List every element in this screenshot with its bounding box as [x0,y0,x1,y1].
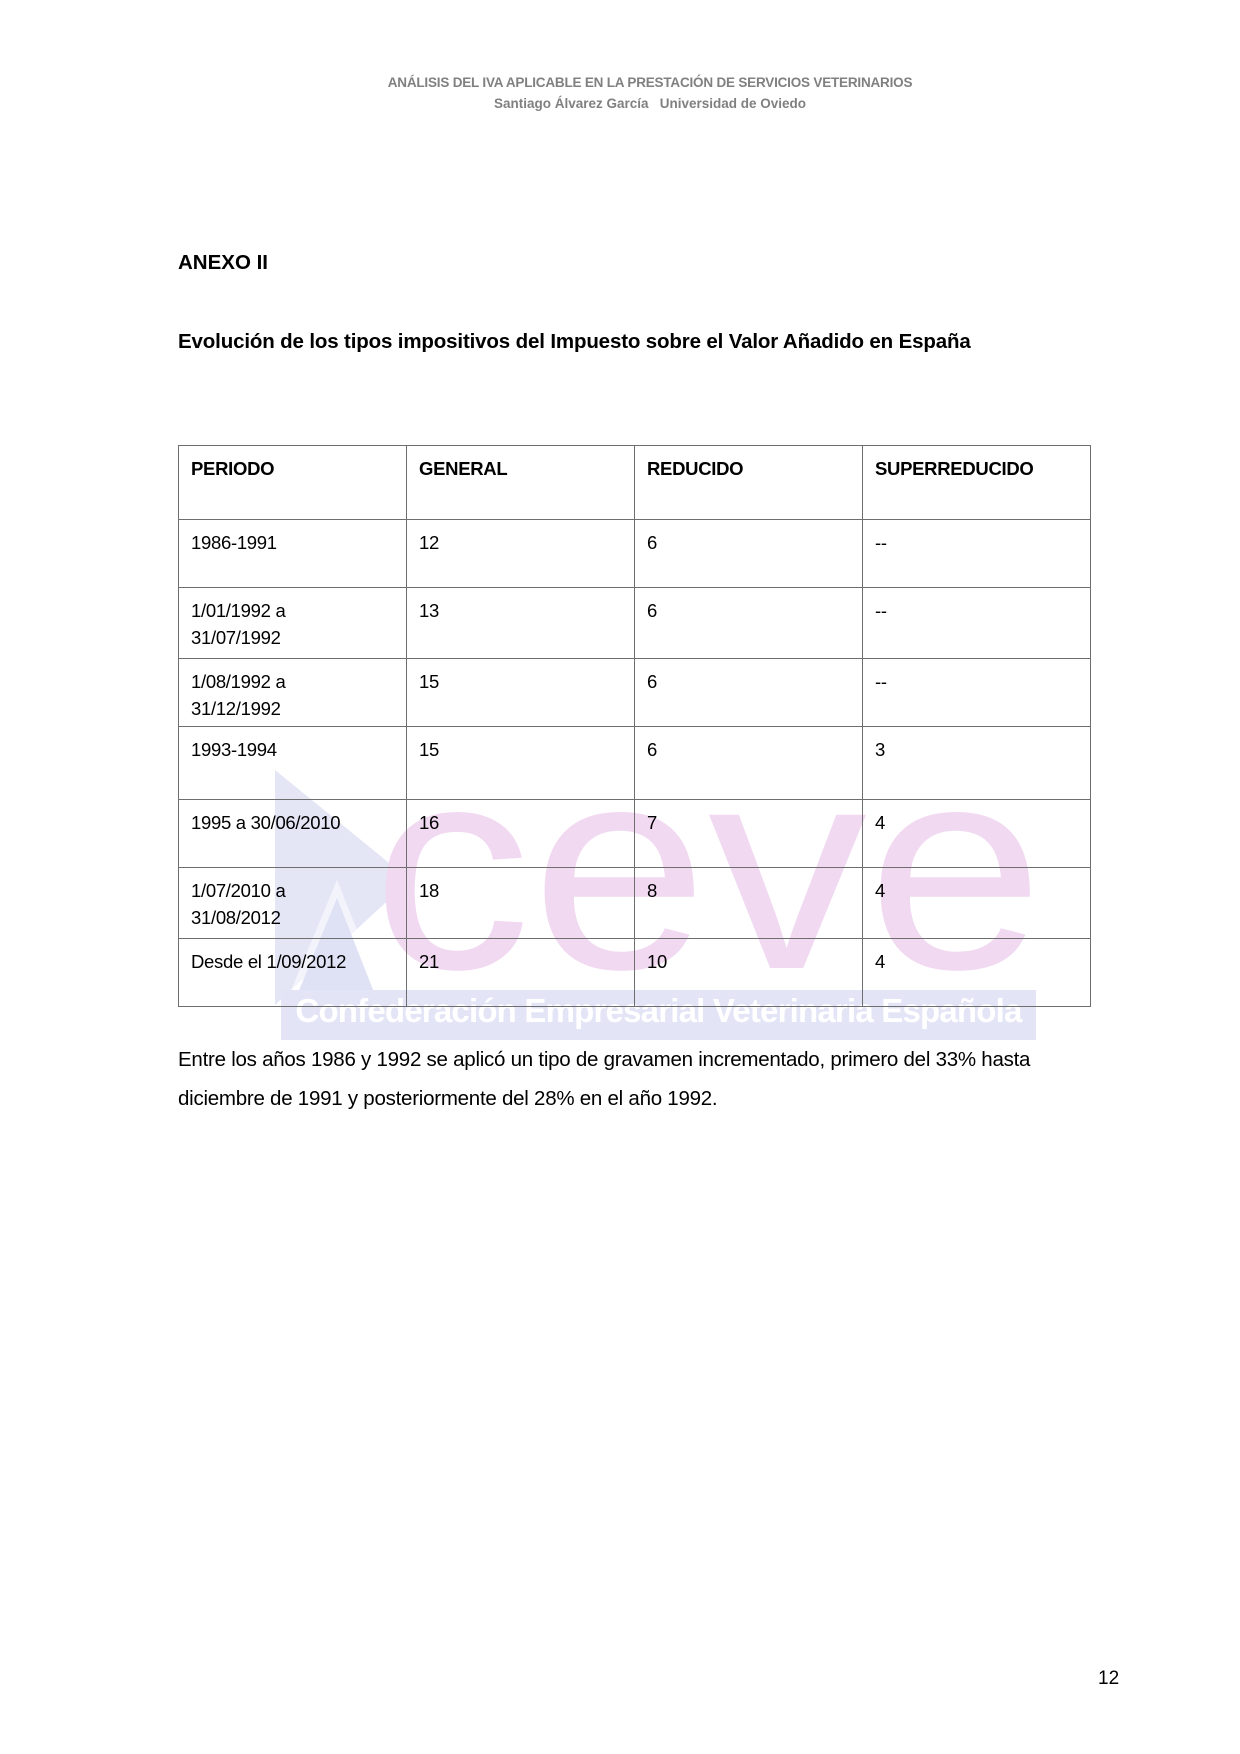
cell-general: 16 [407,800,635,868]
cell-general: 21 [407,939,635,1007]
cell-superreducido: 4 [863,868,1091,939]
cell-reducido: 8 [635,868,863,939]
table-row: 1993-1994 15 6 3 [179,727,1091,800]
table-row: 1995 a 30/06/2010 16 7 4 [179,800,1091,868]
column-header-general: GENERAL [407,446,635,520]
cell-general: 15 [407,727,635,800]
cell-superreducido: 4 [863,800,1091,868]
table-row: 1986-1991 12 6 -- [179,520,1091,588]
cell-superreducido: -- [863,588,1091,659]
annex-title: ANEXO II [178,251,268,275]
running-header-title: ANÁLISIS DEL IVA APLICABLE EN LA PRESTAC… [30,75,1240,90]
table-row: 1/07/2010 a31/08/2012 18 8 4 [179,868,1091,939]
cell-superreducido: 4 [863,939,1091,1007]
cell-general: 12 [407,520,635,588]
cell-periodo: 1/08/1992 a31/12/1992 [179,659,407,727]
cell-superreducido: -- [863,659,1091,727]
table-row: Desde el 1/09/2012 21 10 4 [179,939,1091,1007]
cell-periodo: 1986-1991 [179,520,407,588]
cell-reducido: 6 [635,520,863,588]
cell-general: 13 [407,588,635,659]
cell-reducido: 10 [635,939,863,1007]
cell-general: 15 [407,659,635,727]
table-row: 1/01/1992 a31/07/1992 13 6 -- [179,588,1091,659]
section-title: Evolución de los tipos impositivos del I… [178,330,971,354]
cell-superreducido: 3 [863,727,1091,800]
cell-reducido: 6 [635,727,863,800]
column-header-reducido: REDUCIDO [635,446,863,520]
table-header-row: PERIODO GENERAL REDUCIDO SUPERREDUCIDO [179,446,1091,520]
cell-general: 18 [407,868,635,939]
cell-superreducido: -- [863,520,1091,588]
cell-reducido: 7 [635,800,863,868]
cell-periodo: Desde el 1/09/2012 [179,939,407,1007]
document-page: ANÁLISIS DEL IVA APLICABLE EN LA PRESTAC… [0,0,1240,1754]
column-header-superreducido: SUPERREDUCIDO [863,446,1091,520]
cell-reducido: 6 [635,659,863,727]
cell-periodo: 1995 a 30/06/2010 [179,800,407,868]
cell-periodo: 1/01/1992 a31/07/1992 [179,588,407,659]
running-header-author: Santiago Álvarez García Universidad de O… [30,96,1240,111]
cell-periodo: 1993-1994 [179,727,407,800]
body-paragraph: Entre los años 1986 y 1992 se aplicó un … [178,1040,1118,1118]
cell-periodo: 1/07/2010 a31/08/2012 [179,868,407,939]
cell-reducido: 6 [635,588,863,659]
page-number: 12 [1098,1668,1119,1690]
table-row: 1/08/1992 a31/12/1992 15 6 -- [179,659,1091,727]
vat-rates-table: PERIODO GENERAL REDUCIDO SUPERREDUCIDO 1… [178,445,1091,1007]
column-header-periodo: PERIODO [179,446,407,520]
